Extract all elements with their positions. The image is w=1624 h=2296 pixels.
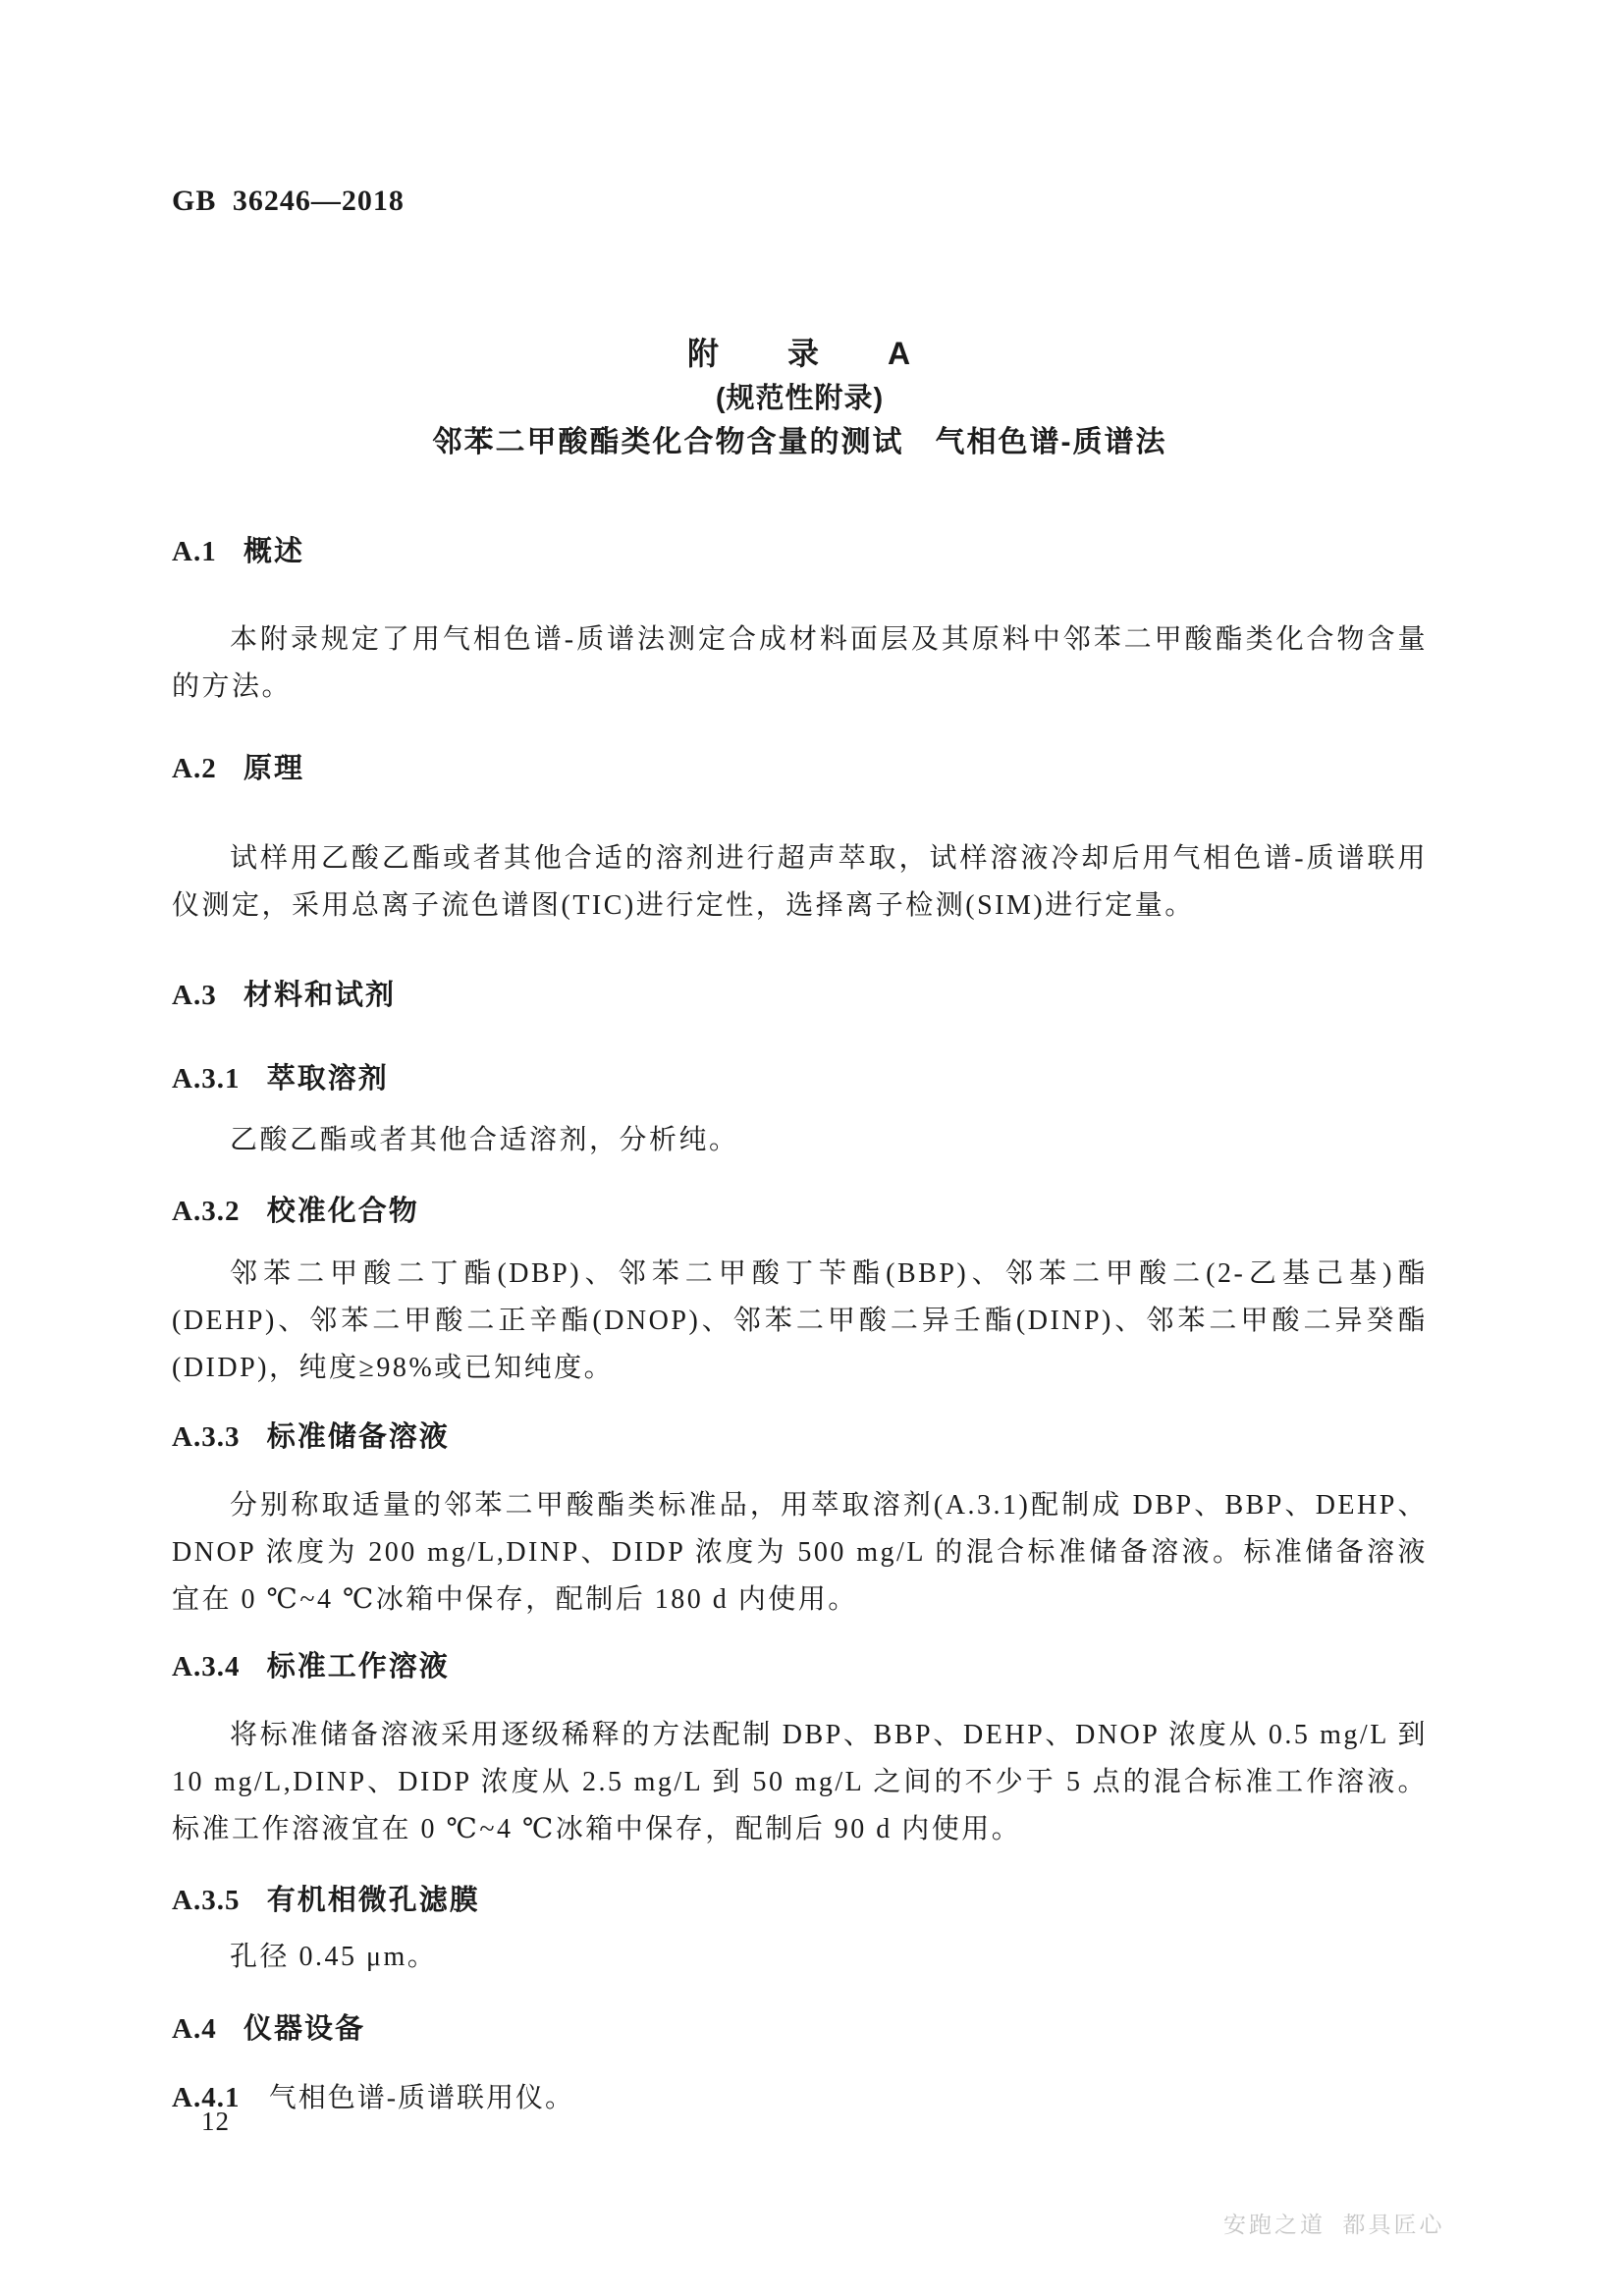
section-title: 仪器设备 [244, 2013, 365, 2045]
paragraph-a35: 孔径 0.45 μm。 [172, 1934, 1428, 1981]
section-label: A.3 [172, 980, 217, 1011]
paragraph-a33: 分别称取适量的邻苯二甲酸酯类标准品，用萃取溶剂(A.3.1)配制成 DBP、BB… [172, 1482, 1428, 1624]
appendix-subject: 邻苯二甲酸酯类化合物含量的测试 气相色谱-质谱法 [172, 423, 1428, 462]
paragraph-a2: 试样用乙酸乙酯或者其他合适的溶剂进行超声萃取，试样溶液冷却后用气相色谱-质谱联用… [172, 835, 1428, 930]
appendix-type: (规范性附录) [172, 379, 1428, 418]
section-title: 原理 [244, 753, 304, 784]
section-label: A.1 [172, 536, 217, 567]
section-title: 材料和试剂 [244, 980, 396, 1011]
section-label: A.3.4 [172, 1651, 240, 1682]
paragraph-a34: 将标准储备溶液采用逐级稀释的方法配制 DBP、BBP、DEHP、DNOP 浓度从… [172, 1712, 1428, 1853]
section-heading-a32: A.3.2 校准化合物 [172, 1188, 419, 1235]
section-heading-a33: A.3.3 标准储备溶液 [172, 1414, 450, 1461]
section-label: A.2 [172, 753, 217, 784]
watermark-text: 安跑之道 都具匠心 [1223, 2207, 1445, 2239]
section-title: 萃取溶剂 [267, 1063, 389, 1095]
section-label: A.3.1 [172, 1063, 240, 1095]
section-heading-a2: A.2 原理 [172, 745, 304, 792]
page-number: 12 [201, 2107, 230, 2137]
paragraph-a31: 乙酸乙酯或者其他合适溶剂，分析纯。 [172, 1117, 1428, 1164]
section-heading-a31: A.3.1 萃取溶剂 [172, 1055, 389, 1102]
section-title: 校准化合物 [267, 1196, 419, 1227]
standard-number: GB 36246—2018 [172, 185, 405, 218]
section-heading-a41: A.4.1 气相色谱-质谱联用仪。 [172, 2074, 574, 2122]
section-label: A.3.5 [172, 1885, 240, 1916]
section-heading-a4: A.4 仪器设备 [172, 2005, 365, 2053]
section-heading-a35: A.3.5 有机相微孔滤膜 [172, 1877, 480, 1924]
section-title: 概述 [244, 536, 304, 567]
section-heading-a34: A.3.4 标准工作溶液 [172, 1643, 450, 1690]
section-title: 标准工作溶液 [267, 1651, 450, 1682]
paragraph-a1: 本附录规定了用气相色谱-质谱法测定合成材料面层及其原料中邻苯二甲酸酯类化合物含量… [172, 616, 1428, 711]
section-label: A.3.3 [172, 1421, 240, 1453]
section-heading-a1: A.1 概述 [172, 528, 304, 575]
section-heading-a3: A.3 材料和试剂 [172, 972, 396, 1019]
appendix-title: 附 录 A [172, 334, 1428, 373]
section-label: A.4 [172, 2013, 217, 2045]
paragraph-a32: 邻苯二甲酸二丁酯(DBP)、邻苯二甲酸丁苄酯(BBP)、邻苯二甲酸二(2-乙基己… [172, 1251, 1428, 1392]
section-title: 有机相微孔滤膜 [267, 1885, 480, 1916]
section-inline-text: 气相色谱-质谱联用仪。 [269, 2083, 574, 2113]
section-label: A.3.2 [172, 1196, 240, 1227]
document-page: GB 36246—2018 附 录 A (规范性附录) 邻苯二甲酸酯类化合物含量… [0, 0, 1624, 2296]
section-title: 标准储备溶液 [267, 1421, 450, 1453]
